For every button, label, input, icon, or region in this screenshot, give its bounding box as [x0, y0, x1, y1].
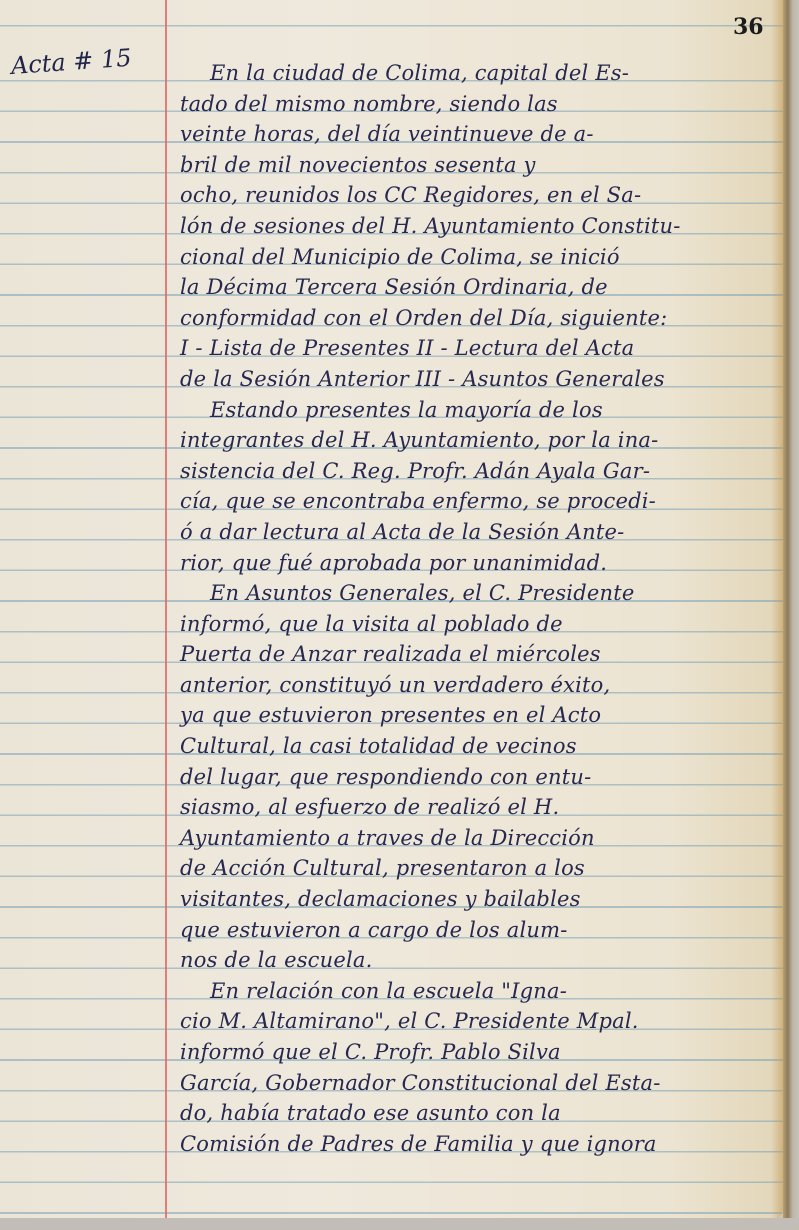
handwritten-line: Cultural, la casi totalidad de vecinos [180, 731, 780, 762]
handwritten-line: rior, que fué aprobada por unanimidad. [180, 548, 780, 579]
handwritten-line: anterior, constituyó un verdadero éxito, [180, 670, 780, 701]
page-number: 36 [733, 14, 764, 40]
handwritten-line: cía, que se encontraba enfermo, se proce… [180, 486, 780, 517]
handwritten-line: ó a dar lectura al Acta de la Sesión Ant… [180, 517, 780, 548]
handwritten-line: García, Gobernador Constitucional del Es… [180, 1068, 780, 1099]
handwritten-line: tado del mismo nombre, siendo las [180, 89, 780, 120]
handwritten-line: la Décima Tercera Sesión Ordinaria, de [180, 272, 780, 303]
handwritten-line: En relación con la escuela "Igna- [180, 976, 780, 1007]
handwritten-line: En Asuntos Generales, el C. Presidente [180, 578, 780, 609]
handwritten-line: nos de la escuela. [180, 945, 780, 976]
handwritten-minutes: En la ciudad de Colima, capital del Es-t… [180, 58, 780, 1159]
handwritten-line: cio M. Altamirano", el C. Presidente Mpa… [180, 1006, 780, 1037]
handwritten-line: I - Lista de Presentes II - Lectura del … [180, 333, 780, 364]
handwritten-line: sistencia del C. Reg. Profr. Adán Ayala … [180, 456, 780, 487]
handwritten-line: bril de mil novecientos sesenta y [180, 150, 780, 181]
handwritten-line: veinte horas, del día veintinueve de a- [180, 119, 780, 150]
handwritten-line: de Acción Cultural, presentaron a los [180, 853, 780, 884]
handwritten-line: del lugar, que respondiendo con entu- [180, 762, 780, 793]
handwritten-line: informó que el C. Profr. Pablo Silva [180, 1037, 780, 1068]
handwritten-line: conformidad con el Orden del Día, siguie… [180, 303, 780, 334]
ledger-page: 36 Acta # 15 En la ciudad de Colima, cap… [0, 0, 783, 1218]
handwritten-line: Comisión de Padres de Familia y que igno… [180, 1129, 780, 1160]
handwritten-line: Ayuntamiento a traves de la Dirección [180, 823, 780, 854]
handwritten-line: do, había tratado ese asunto con la [180, 1098, 780, 1129]
handwritten-line: cional del Municipio de Colima, se inici… [180, 242, 780, 273]
handwritten-line: En la ciudad de Colima, capital del Es- [180, 58, 780, 89]
red-margin-line [165, 0, 167, 1218]
handwritten-line: de la Sesión Anterior III - Asuntos Gene… [180, 364, 780, 395]
handwritten-line: ya que estuvieron presentes en el Acto [180, 700, 780, 731]
handwritten-line: Puerta de Anzar realizada el miércoles [180, 639, 780, 670]
handwritten-line: siasmo, al esfuerzo de realizó el H. [180, 792, 780, 823]
handwritten-line: lón de sesiones del H. Ayuntamiento Cons… [180, 211, 780, 242]
background-surface [0, 1218, 799, 1230]
handwritten-line: informó, que la visita al poblado de [180, 609, 780, 640]
handwritten-line: Estando presentes la mayoría de los [180, 395, 780, 426]
handwritten-line: visitantes, declamaciones y bailables [180, 884, 780, 915]
handwritten-line: que estuvieron a cargo de los alum- [180, 915, 780, 946]
handwritten-line: integrantes del H. Ayuntamiento, por la … [180, 425, 780, 456]
book-page-edge [783, 0, 799, 1230]
handwritten-line: ocho, reunidos los CC Regidores, en el S… [180, 180, 780, 211]
